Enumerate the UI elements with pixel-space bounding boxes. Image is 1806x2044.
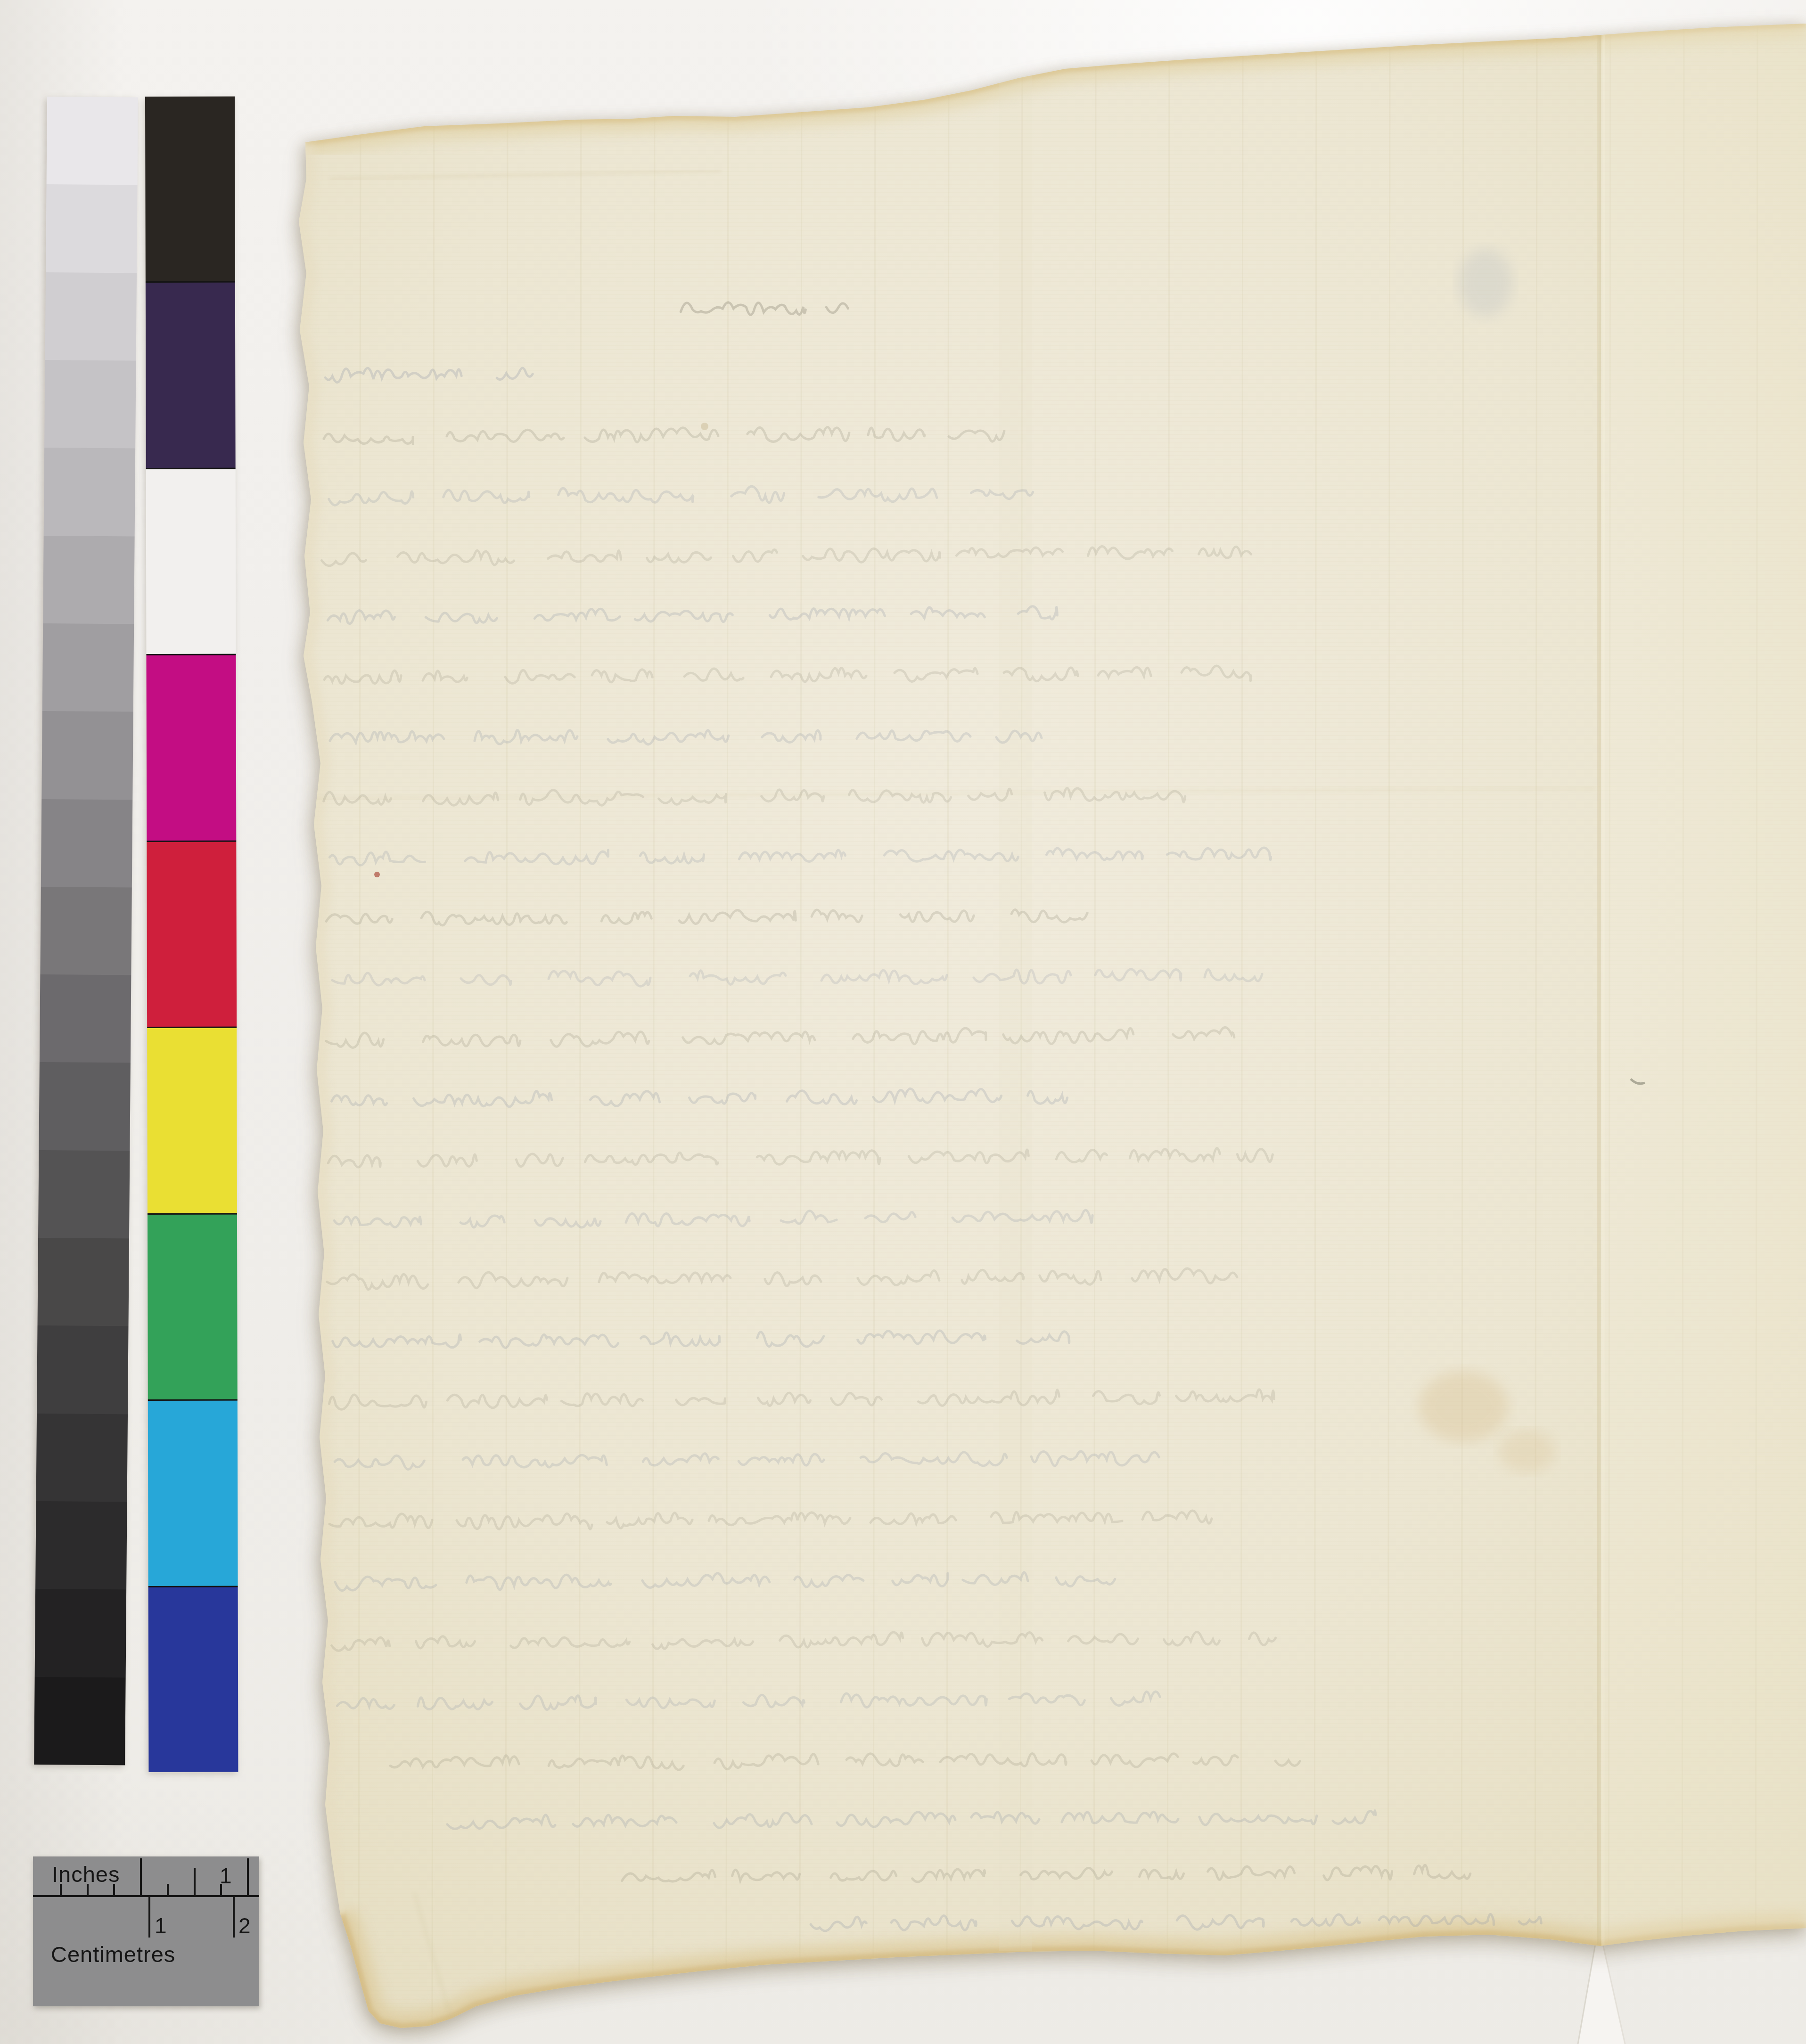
fold-right-band xyxy=(1602,19,1806,1951)
stain-tan xyxy=(1419,1371,1508,1442)
tonal-band xyxy=(999,28,1032,1951)
red-ink-speck xyxy=(374,872,380,877)
stain-tan xyxy=(1499,1430,1555,1472)
photo-canvas: Inches 1 1 2 Centimetres xyxy=(0,0,1806,2044)
speck xyxy=(701,423,708,430)
laid-texture xyxy=(283,14,1806,2040)
manuscript-page xyxy=(0,0,1806,2044)
stain-blue xyxy=(1458,249,1513,317)
